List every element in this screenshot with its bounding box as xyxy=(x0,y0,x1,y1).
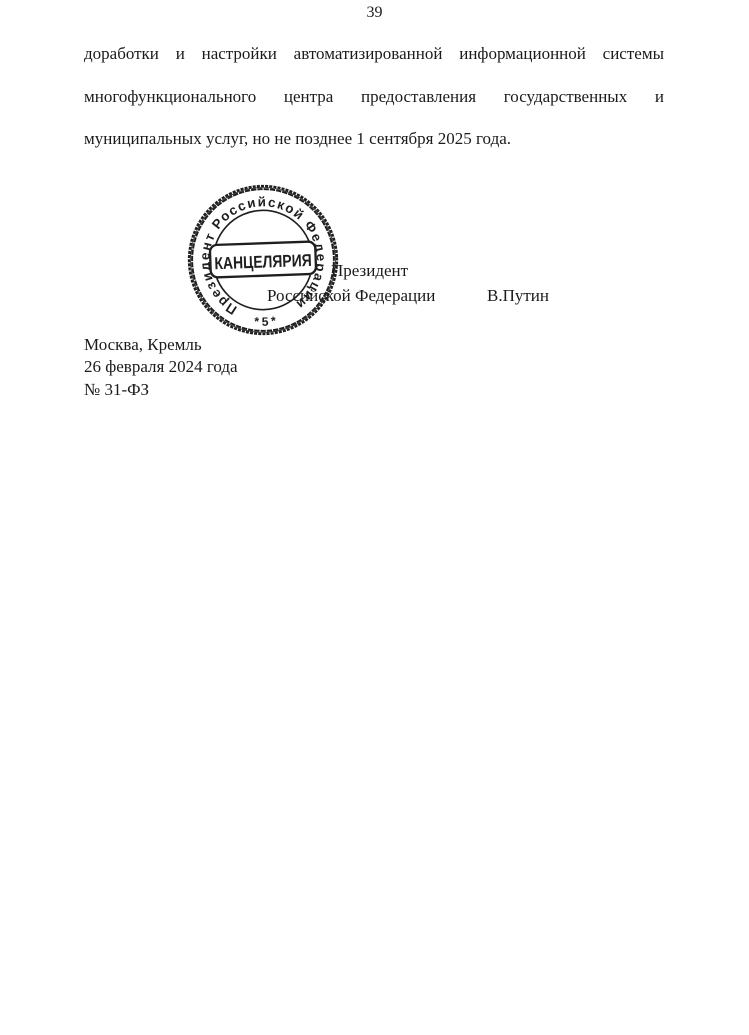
body-line: многофункционального центра предоставлен… xyxy=(84,76,664,119)
issuance-block: Москва, Кремль 26 февраля 2024 года № 31… xyxy=(84,334,238,401)
body-line: доработки и настройки автоматизированной… xyxy=(84,33,664,76)
law-number: № 31-ФЗ xyxy=(84,379,238,401)
chancellery-stamp: Президент Российской Федерации * 5 * КАН… xyxy=(182,179,343,340)
body-paragraph: доработки и настройки автоматизированной… xyxy=(84,33,664,161)
page-number: 39 xyxy=(0,4,749,22)
issuance-date: 26 февраля 2024 года xyxy=(84,356,238,378)
stamp-center-text: КАНЦЕЛЯРИЯ xyxy=(214,250,312,273)
svg-text:* 5 *: * 5 * xyxy=(253,314,278,330)
document-page: 39 доработки и настройки автоматизирован… xyxy=(0,0,749,1035)
signature-title-line1: Президент xyxy=(331,262,408,280)
body-line: муниципальных услуг, но не позднее 1 сен… xyxy=(84,118,664,161)
stamp-bottom-text: * 5 * xyxy=(253,314,278,330)
signature-name: В.Путин xyxy=(487,287,549,305)
